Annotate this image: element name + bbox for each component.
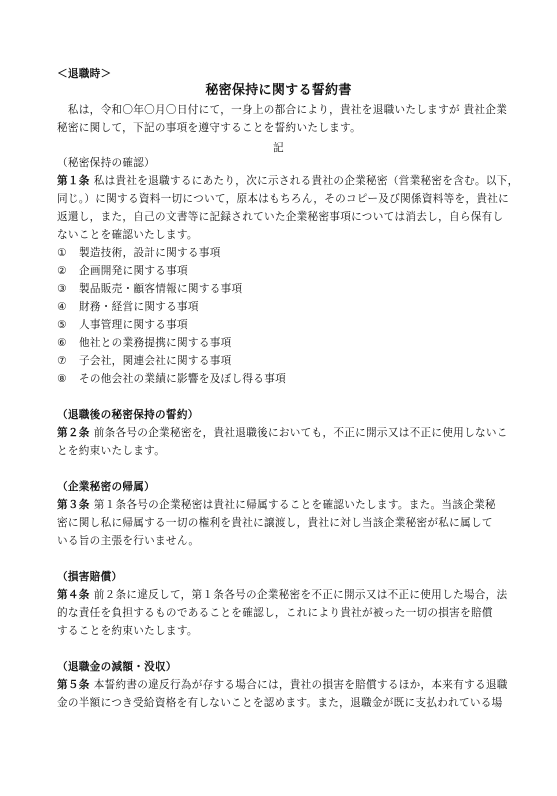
item-number: ① [57,246,79,260]
article-line: いる旨の主張を行いません。 [57,534,199,548]
section-heading: （企業秘密の帰属） [57,480,155,494]
article-text: 前２条に違反して，第１条各号の企業秘密を不正に開示又は不正に使用した場合，法 [94,589,508,601]
article-line: 第２条前条各号の企業秘密を，貴社退職後においても，不正に開示又は不正に使用しない… [57,426,508,440]
section-heading: （損害賠償） [57,570,122,584]
item-text: 他社との業務提携に関する事項 [79,337,232,349]
item-text: 企画開発に関する事項 [79,265,188,277]
article-line: 第１条私は貴社を退職するにあたり，次に示される貴社の企業秘密（営業秘密を含む。以… [57,174,519,188]
item-text: 製造技術，設計に関する事項 [79,247,221,259]
item-number: ③ [57,282,79,296]
item-text: 製品販売・顧客情報に関する事項 [79,283,242,295]
article-number: 第５条 [57,679,90,691]
list-item: ⑧その他会社の業績に影響を及ぼし得る事項 [57,372,286,386]
article-line: 第５条本誓約書の違反行為が存する場合には，貴社の損害を賠償するほか，本来有する退… [57,678,508,692]
item-number: ⑤ [57,318,79,332]
section-heading: （秘密保持の確認） [57,156,155,170]
item-number: ⑦ [57,354,79,368]
article-line: 同じ。）に関する資料一切について，原本はもちろん，そのコピー及び関係資料等を，貴… [57,192,509,206]
ki-marker: 記 [0,141,557,155]
section-heading: （退職金の減額・没収） [57,660,177,674]
article-line: 第３条第１条各号の企業秘密は貴社に帰属することを確認いたします。また。当該企業秘 [57,498,496,512]
article-line: 的な責任を負担するものであることを確認し，これにより貴社が被った一切の損害を賠償 [57,606,493,620]
article-number: 第２条 [57,427,90,439]
item-number: ② [57,264,79,278]
article-line: ないことを確認いたします。 [57,228,198,242]
article-text: 第１条各号の企業秘密は貴社に帰属することを確認いたします。また。当該企業秘 [94,499,496,511]
article-line: 第４条前２条に違反して，第１条各号の企業秘密を不正に開示又は不正に使用した場合，… [57,588,507,602]
article-text: 本誓約書の違反行為が存する場合には，貴社の損害を賠償するほか，本来有する退職 [94,679,508,691]
article-line: 密に関し私に帰属する一切の権利を貴社に譲渡し，貴社に対し当該企業秘密が私に属して [57,516,493,530]
list-item: ①製造技術，設計に関する事項 [57,246,221,260]
article-text: 私は貴社を退職するにあたり，次に示される貴社の企業秘密（営業秘密を含む。以下， [94,175,519,187]
list-item: ⑤人事管理に関する事項 [57,318,188,332]
item-number: ⑧ [57,372,79,386]
list-item: ②企画開発に関する事項 [57,264,188,278]
article-line: 返還し，また，自己の文書等に記録されていた企業秘密事項については消去し，自ら保有… [57,210,503,224]
item-number: ④ [57,300,79,314]
list-item: ③製品販売・顧客情報に関する事項 [57,282,242,296]
intro-line: 秘密に関して，下記の事項を遵守することを誓約いたします。 [57,121,361,135]
document-title: 秘密保持に関する誓約書 [0,84,557,98]
item-text: 人事管理に関する事項 [79,319,188,331]
list-item: ⑦子会社，関連会社に関する事項 [57,354,232,368]
article-text: 前条各号の企業秘密を，貴社退職後においても，不正に開示又は不正に使用しないこ [94,427,508,439]
article-number: 第４条 [57,589,90,601]
article-line: することを約束いたします。 [57,624,198,638]
intro-line: 私は，令和〇年〇月〇日付にて，一身上の都合により，貴社を退職いたしますが 貴社企… [57,103,507,117]
document-page: ＜退職時＞ 秘密保持に関する誓約書 私は，令和〇年〇月〇日付にて，一身上の都合に… [0,0,557,796]
list-item: ⑥他社との業務提携に関する事項 [57,336,232,350]
item-number: ⑥ [57,336,79,350]
item-text: 子会社，関連会社に関する事項 [79,355,232,367]
context-label: ＜退職時＞ [57,67,111,81]
item-text: その他会社の業績に影響を及ぼし得る事項 [79,373,286,385]
list-item: ④財務・経営に関する事項 [57,300,199,314]
article-line: とを約束いたします。 [57,444,165,458]
article-line: 金の半額につき受給資格を有しないことを認めます。また，退職金が既に支払われている… [57,696,503,710]
article-number: 第１条 [57,175,90,187]
item-text: 財務・経営に関する事項 [79,301,199,313]
article-number: 第３条 [57,499,90,511]
section-heading: （退職後の秘密保持の誓約） [57,408,199,422]
